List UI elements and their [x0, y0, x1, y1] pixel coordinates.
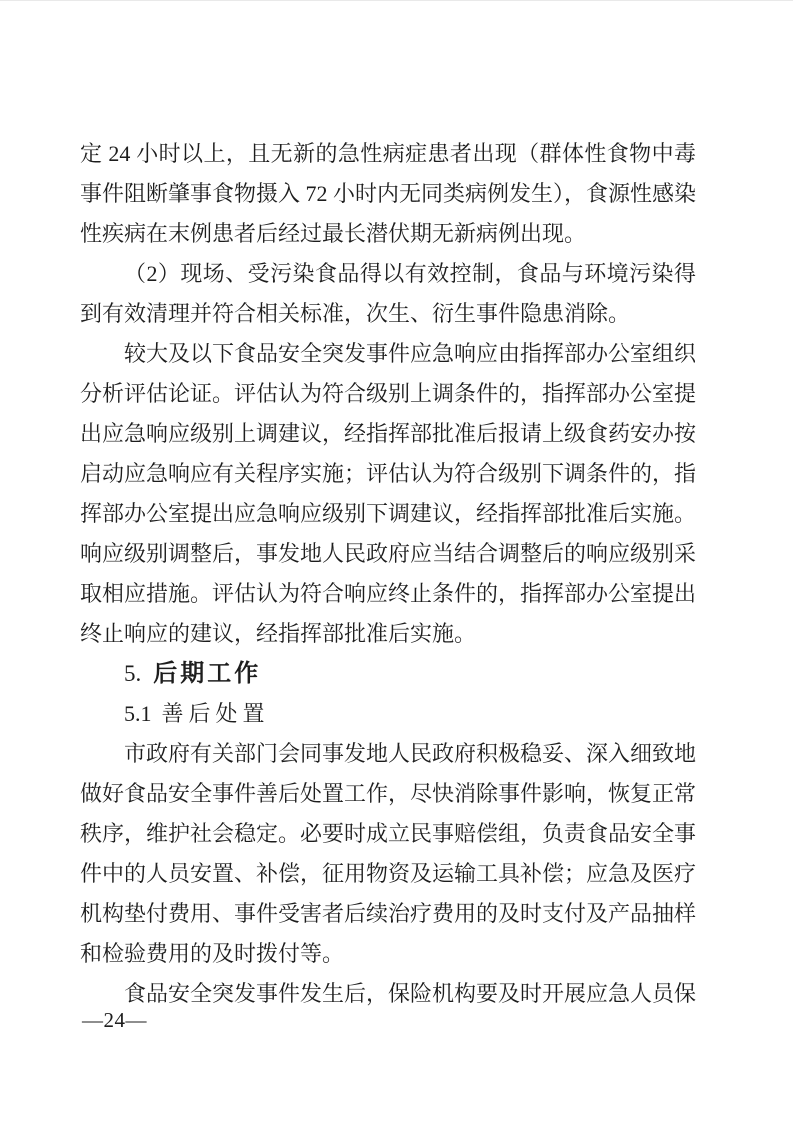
section-heading-late-stage-work: 5.后期工作 — [80, 654, 696, 694]
subsection-heading-text: 善后处置 — [162, 701, 270, 726]
paragraph-insurance-response: 食品安全突发事件发生后，保险机构要及时开展应急人员保 — [80, 974, 696, 1014]
paragraph-item-2-contamination-control: （2）现场、受污染食品得以有效控制，食品与环境污染得到有效清理并符合相关标准，次… — [80, 254, 696, 334]
subsection-heading-aftermath-disposal: 5.1善后处置 — [80, 694, 696, 734]
page-number: —24— — [82, 1008, 147, 1032]
document-body: 定 24 小时以上，且无新的急性病症患者出现（群体性食物中毒事件阻断肇事食物摄入… — [80, 134, 696, 1014]
paragraph-response-level-adjustment: 较大及以下食品安全突发事件应急响应由指挥部办公室组织分析评估论证。评估认为符合级… — [80, 334, 696, 654]
paragraph-termination-conditions-continued: 定 24 小时以上，且无新的急性病症患者出现（群体性食物中毒事件阻断肇事食物摄入… — [80, 134, 696, 254]
document-page: 定 24 小时以上，且无新的急性病症患者出现（群体性食物中毒事件阻断肇事食物摄入… — [0, 0, 793, 1122]
scan-edge-line — [0, 0, 793, 1]
subsection-heading-number: 5.1 — [124, 701, 152, 726]
section-heading-text: 后期工作 — [153, 660, 261, 687]
paragraph-aftermath-disposal-details: 市政府有关部门会同事发地人民政府积极稳妥、深入细致地做好食品安全事件善后处置工作… — [80, 734, 696, 974]
section-heading-number: 5. — [124, 661, 141, 686]
